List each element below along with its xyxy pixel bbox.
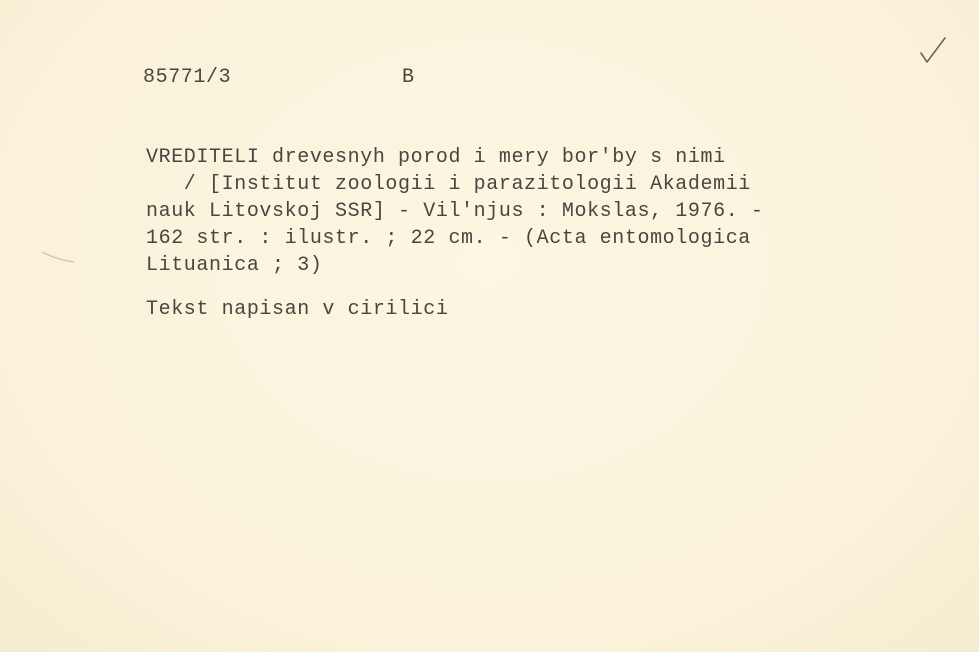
location-mark: B — [402, 68, 415, 88]
checkmark-icon — [918, 36, 948, 66]
call-number: 85771/3 — [143, 68, 231, 88]
pencil-mark — [40, 248, 80, 268]
entry-line: Lituanica ; 3) — [146, 256, 322, 276]
entry-line: 162 str. : ilustr. ; 22 cm. - (Acta ento… — [146, 229, 751, 249]
entry-line: / [Institut zoologii i parazitologii Aka… — [146, 175, 751, 195]
note-text: Tekst napisan v cirilici — [146, 300, 448, 320]
catalog-card: 85771/3 B VREDITELI drevesnyh porod i me… — [0, 0, 979, 652]
entry-line: nauk Litovskoj SSR] - Vil'njus : Mokslas… — [146, 202, 764, 222]
entry-line: VREDITELI drevesnyh porod i mery bor'by … — [146, 148, 726, 168]
